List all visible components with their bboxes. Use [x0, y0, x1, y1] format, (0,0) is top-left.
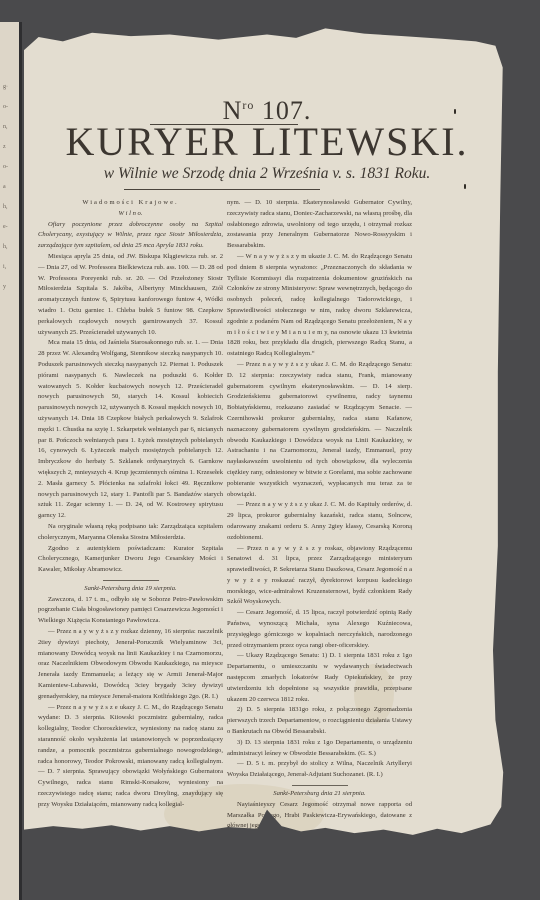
article-paragraph: — D. 5 t. m. przybył do stolicy z Wilna,…: [227, 759, 412, 781]
article-paragraph: — Przez n a y w y ż s z y ukaz J. C. M. …: [227, 360, 412, 500]
article-paragraph: Na oryginale własną ręką podpisano tak: …: [38, 522, 223, 544]
article-paragraph: Mca maia 15 dnia, od Jaśnieła Starosakon…: [38, 338, 223, 522]
article-paragraph: nym. — D. 10 sierpnia. Ekaterynosławski …: [227, 198, 412, 252]
article-paragraph: — Przez n a y w y ż s z e ukazy J. C. M.…: [38, 703, 223, 811]
adjacent-page-text: o-: [3, 162, 8, 172]
paper-blemish: [404, 834, 406, 839]
header-rule: [124, 189, 320, 190]
adjacent-page-strip: g· o- n, z o- a h, e- h, i, y: [0, 22, 22, 900]
section-divider: [103, 580, 159, 581]
subsection-heading: Sankt-Petersburg dnia 21 sierpnia.: [227, 789, 412, 800]
newspaper-page: Nro 107. KURYER LITEWSKI. w Wilnie we Sr…: [24, 24, 510, 894]
adjacent-page-text: n,: [3, 122, 8, 132]
article-paragraph: Miesiąca apryla 25 dnia, od JW. Biskupa …: [38, 252, 223, 338]
masthead-title: KURYER LITEWSKI.: [24, 118, 510, 165]
place-heading: W i l n o.: [38, 209, 223, 220]
article-paragraph: 2) D. 5 sierpnia 1831go roku, z połączon…: [227, 705, 412, 737]
adjacent-page-text: g·: [3, 82, 8, 92]
article-paragraph: — Przez n a y w y ż s z y rozkaz dzienny…: [38, 627, 223, 703]
adjacent-page-text: z: [3, 142, 6, 152]
paper-blemish: [464, 184, 466, 189]
section-heading: Wiadomości Krajowe.: [38, 198, 223, 209]
intro-paragraph: Ofiary poczynione przez dobroczynne osob…: [38, 220, 223, 252]
adjacent-page-text: h,: [3, 202, 8, 212]
article-paragraph: — Przez n a y w y ż s z y ukaz J. C. M. …: [227, 500, 412, 543]
article-paragraph: — W n a y w y ż s z y m ukazie J. C. M. …: [227, 252, 412, 360]
article-paragraph: — Ukazy Rządzącego Senatu: 1) D. 1 sierp…: [227, 651, 412, 705]
adjacent-page-text: i,: [3, 262, 6, 272]
dateline: w Wilnie we Srzodę dnia 2 Września v. s.…: [24, 165, 510, 183]
right-column: nym. — D. 10 sierpnia. Ekaterynosławski …: [227, 198, 412, 832]
adjacent-page-text: y: [3, 282, 6, 292]
section-divider: [292, 785, 348, 786]
article-paragraph: Nayiaśnieyszy Cesarz Jegomość otrzymał n…: [227, 800, 412, 832]
paper-blemish: [244, 864, 246, 869]
article-paragraph: — Przez n a y w y ż s z y roskaz, objawi…: [227, 544, 412, 609]
adjacent-page-text: h,: [3, 242, 8, 252]
issue-sup: ro: [242, 98, 254, 112]
article-paragraph: Zgodno z autentykiem poświadczam: Kurato…: [38, 544, 223, 576]
adjacent-page-text: a: [3, 182, 6, 192]
article-paragraph: — Cesarz Jegomość, d. 15 lipca, raczył p…: [227, 608, 412, 651]
article-paragraph: 3) D. 13 sierpnia 1831 roku z 1go Depart…: [227, 738, 412, 760]
left-column: Wiadomości Krajowe. W i l n o. Ofiary po…: [38, 198, 223, 811]
paper-blemish: [454, 109, 456, 114]
adjacent-page-text: o-: [3, 102, 8, 112]
paper-blemish: [64, 844, 66, 849]
subsection-heading: Sankt-Petersburg dnia 19 sierpnia.: [38, 584, 223, 595]
article-paragraph: Zawczora, d. 17 t. m., odbyło się w Sobo…: [38, 595, 223, 627]
adjacent-page-text: e-: [3, 222, 8, 232]
